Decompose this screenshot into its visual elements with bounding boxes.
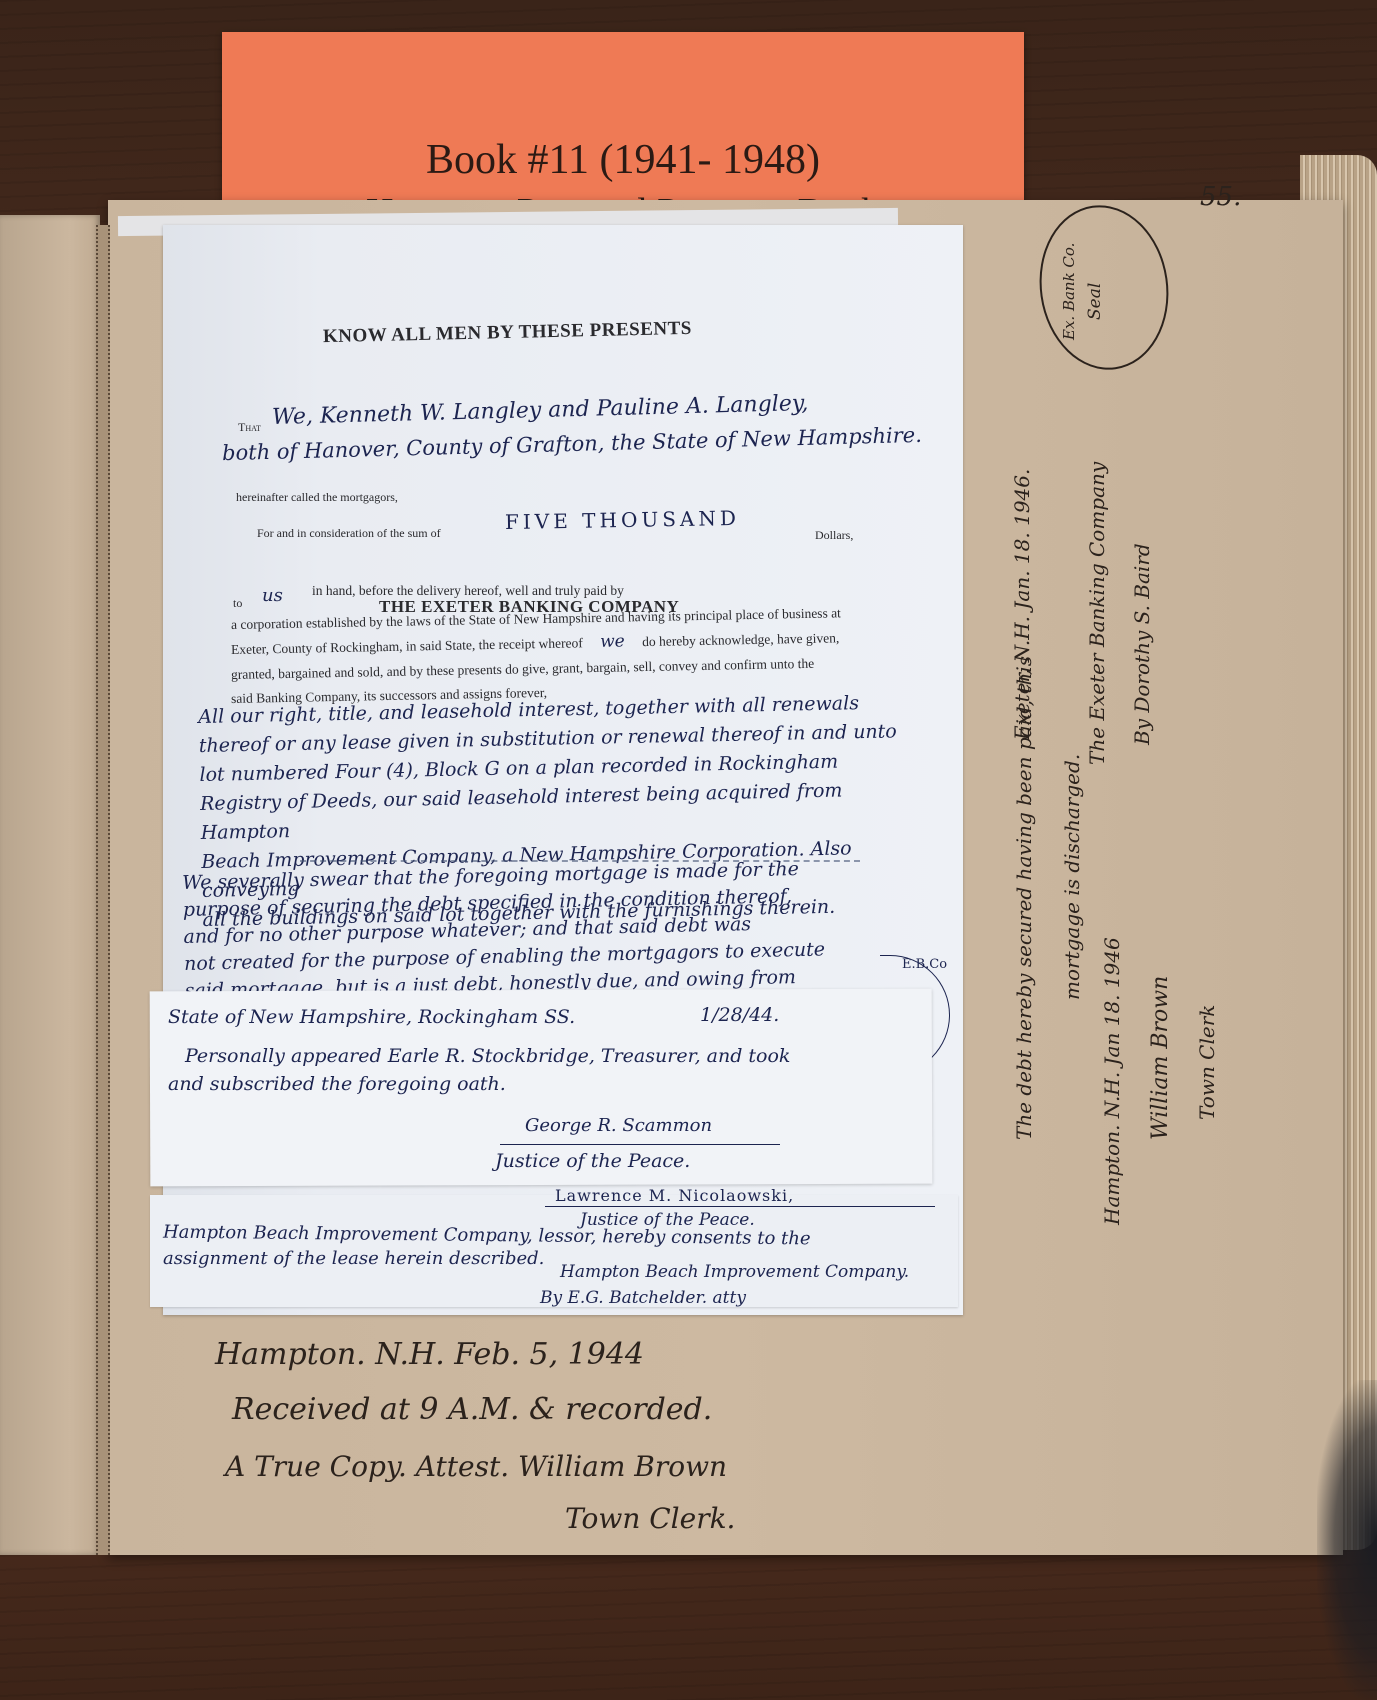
seal-text-seal: Seal [1085, 283, 1105, 320]
discharge-bank-name: The Exeter Banking Company [1085, 462, 1109, 765]
discharge-mortgage-discharged: mortgage is discharged. [1060, 754, 1084, 1000]
attorney-signature: By E.G. Batchelder. atty [540, 1288, 746, 1308]
to-value: us [262, 585, 283, 606]
jp-title: Justice of the Peace. [495, 1150, 690, 1172]
company-signature: Hampton Beach Improvement Company. [560, 1262, 909, 1282]
oath-text: We severally swear that the foregoing mo… [182, 853, 925, 1005]
page-number: 55. [1200, 182, 1241, 212]
affidavit-date: 1/28/44. [700, 1004, 779, 1026]
affidavit-venue: State of New Hampshire, Rockingham SS. [168, 1006, 575, 1028]
discharge-clerk-signature: William Brown [1148, 976, 1173, 1140]
consideration-label: For and in consideration of the sum of [257, 526, 441, 541]
jp2-signature: Lawrence M. Nicolaowski, [555, 1186, 794, 1205]
book-label-title: Book #11 (1941- 1948) [222, 136, 1024, 184]
affidavit-line-2: and subscribed the foregoing oath. [168, 1073, 506, 1095]
discharge-bank-officer: By Dorothy S. Baird [1130, 543, 1154, 745]
dollars-label: Dollars, [815, 528, 853, 543]
seal-text-bank: Ex. Bank Co. [1060, 243, 1078, 340]
consent-line-2: assignment of the lease herein described… [163, 1248, 544, 1269]
mortgagors-label: hereinafter called the mortgagors, [236, 490, 398, 505]
recording-place-date: Hampton. N.H. Feb. 5, 1944 [215, 1337, 644, 1372]
book-spine-stitching [96, 225, 110, 1555]
corp-line-2-end: do hereby acknowledge, have given, [642, 630, 839, 649]
amount-written: FIVE THOUSAND [505, 506, 740, 534]
discharge-clerk-title: Town Clerk [1195, 1005, 1219, 1120]
to-label: to [233, 596, 242, 611]
receipt-whereof-value: we [586, 631, 639, 652]
corp-line-2-start: Exeter, County of Rockingham, in said St… [231, 635, 583, 657]
left-book-page [0, 215, 100, 1555]
discharge-debt-paid: The debt hereby secured having been paid… [1012, 656, 1036, 1140]
discharge-recorded-date: Hampton. N.H. Jan 18. 1946 [1100, 937, 1124, 1225]
recording-clerk-title: Town Clerk. [565, 1502, 735, 1535]
that-label: That [238, 420, 261, 435]
signature-line [500, 1144, 780, 1145]
signature-line-2 [545, 1206, 935, 1207]
thumb-shadow [1317, 1380, 1377, 1700]
recording-received: Received at 9 A.M. & recorded. [232, 1392, 712, 1427]
recording-attest: A True Copy. Attest. William Brown [225, 1450, 727, 1483]
jp-signature: George R. Scammon [525, 1115, 712, 1136]
affidavit-line-1: Personally appeared Earle R. Stockbridge… [185, 1045, 790, 1067]
